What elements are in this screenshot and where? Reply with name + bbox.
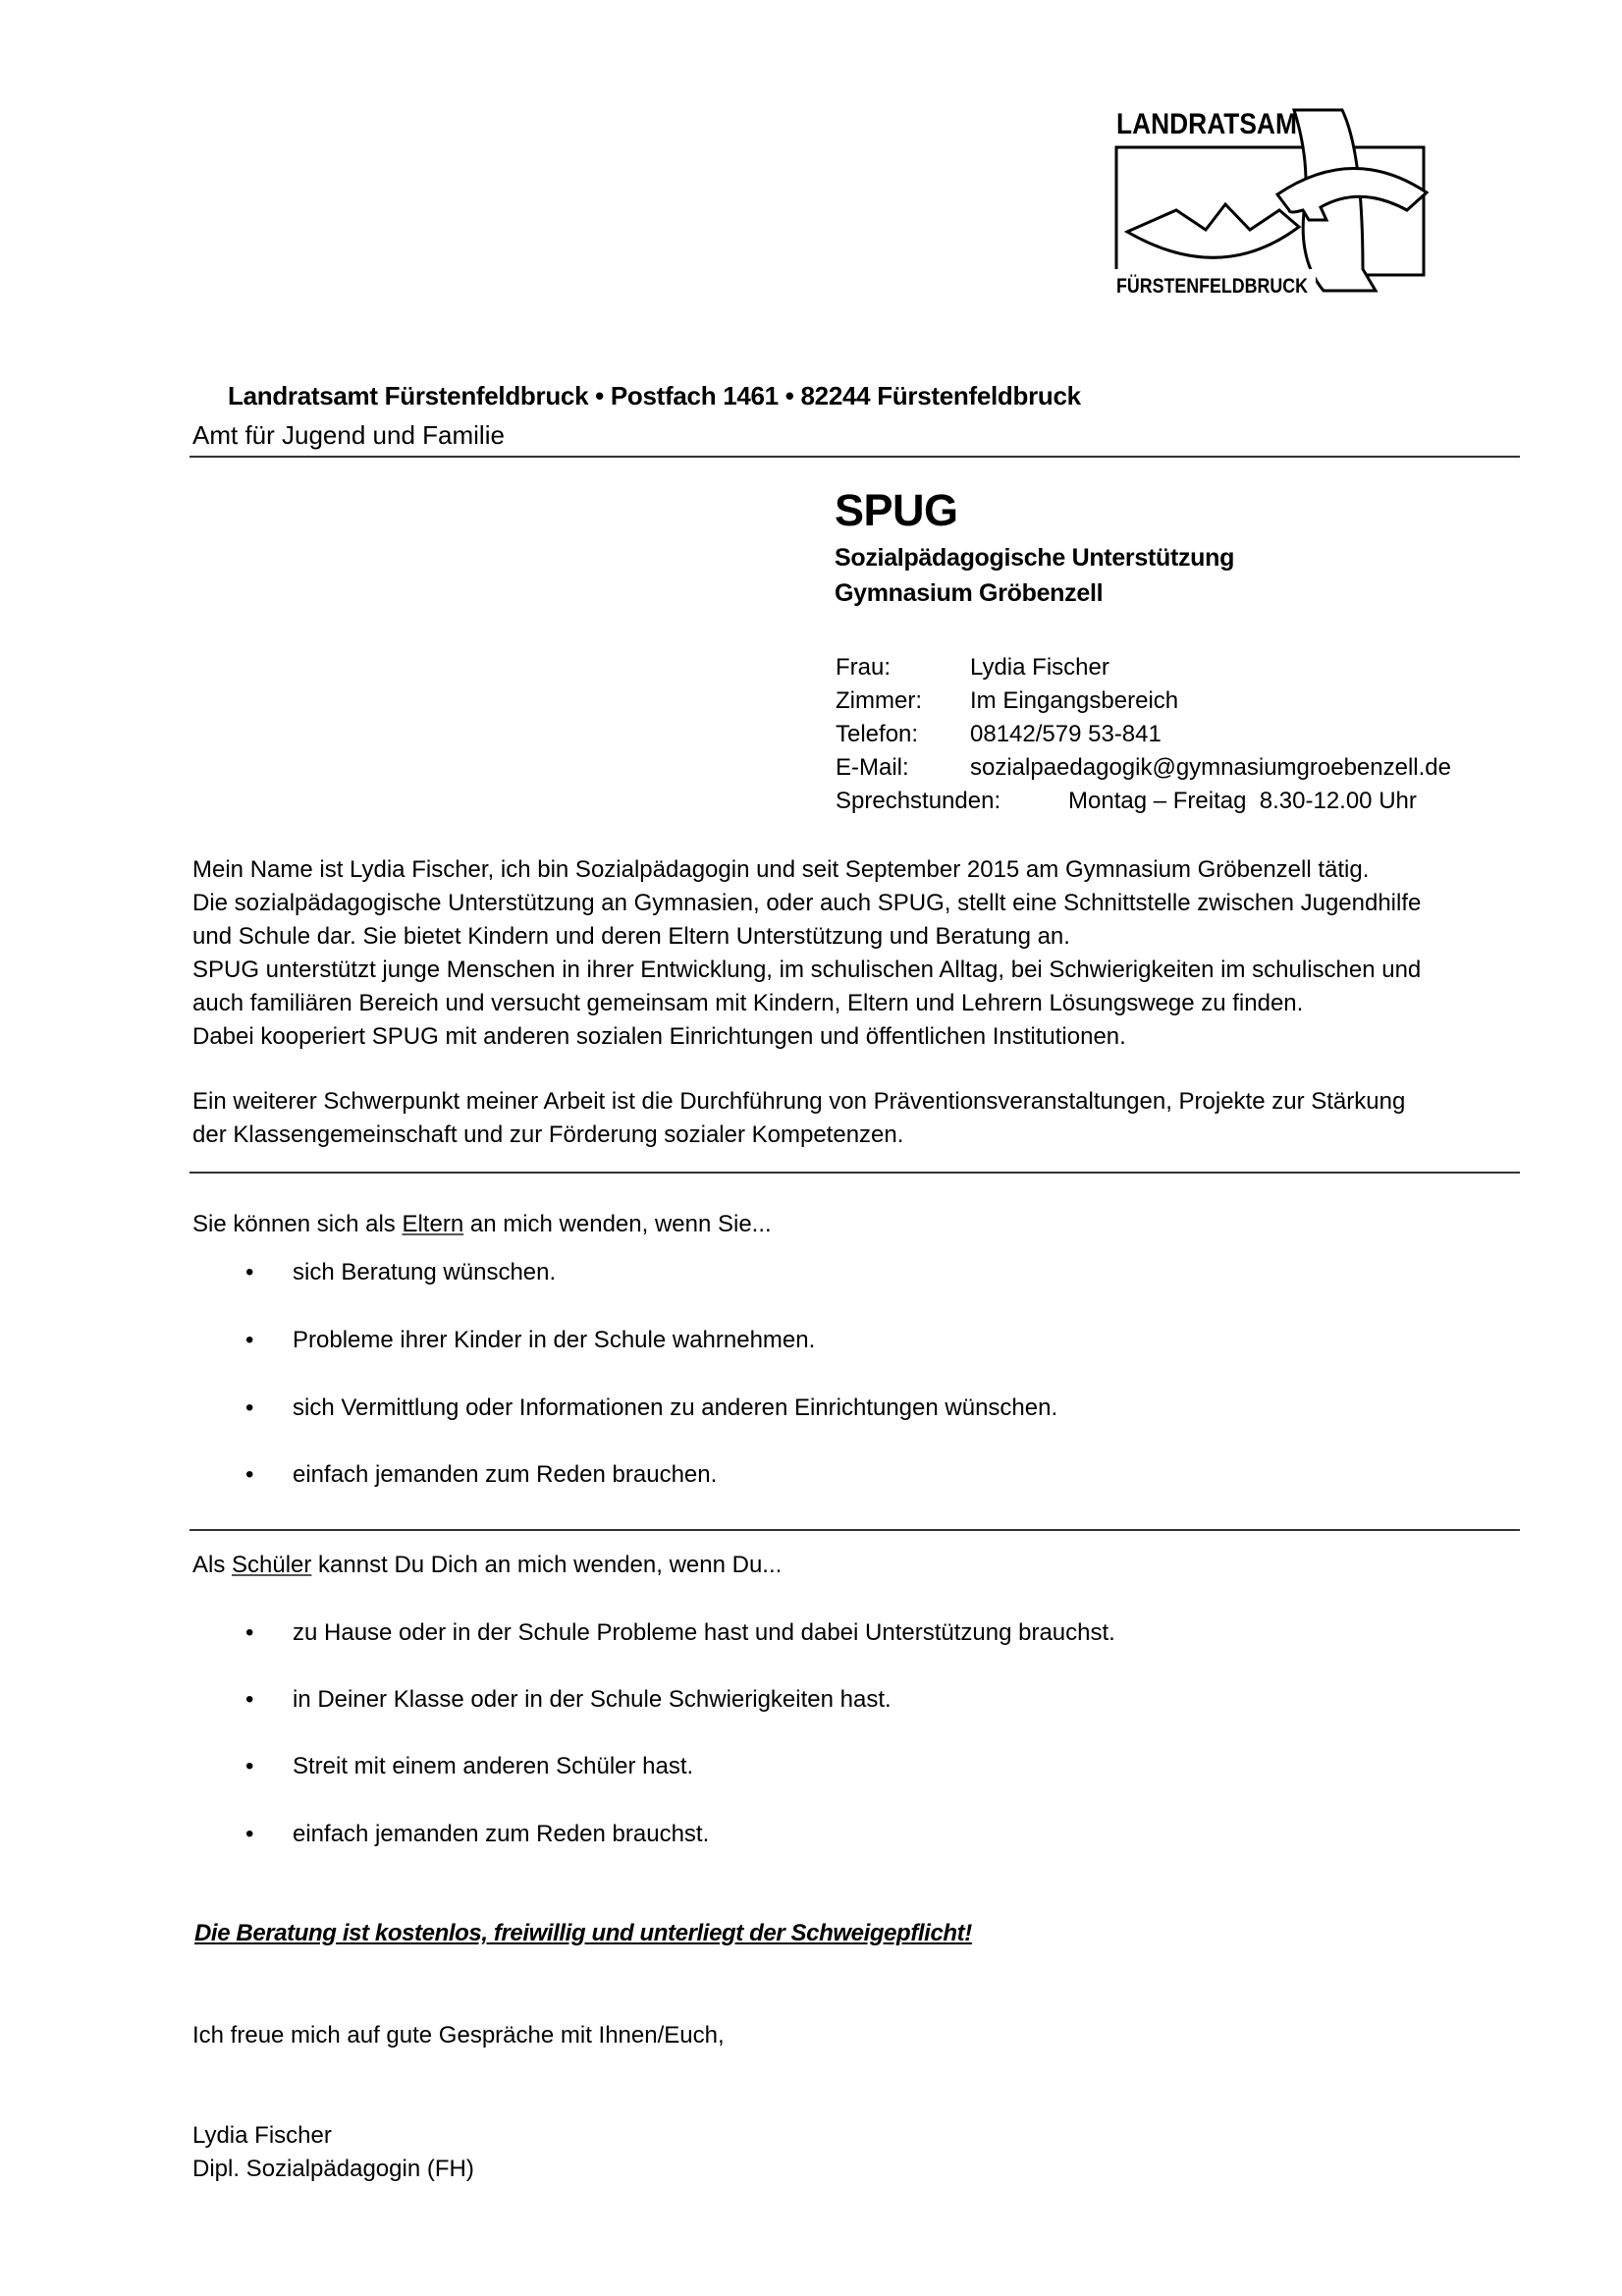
list-item: Probleme ihrer Kinder in der Schule wahr… — [293, 1324, 815, 1357]
service-title: SPUG — [835, 485, 958, 536]
divider — [189, 1172, 1520, 1174]
contact-label: Telefon: — [836, 718, 918, 751]
parents-emphasis: Eltern — [402, 1211, 463, 1237]
paragraph-line: SPUG unterstützt junge Menschen in ihrer… — [192, 954, 1528, 987]
paragraph-line: Die sozialpädagogische Unterstützung an … — [192, 887, 1528, 920]
list-item: sich Vermittlung oder Informationen zu a… — [293, 1392, 1057, 1425]
intro-text: Als — [192, 1552, 232, 1578]
signature-name: Lydia Fischer — [192, 2119, 1528, 2153]
list-item: in Deiner Klasse oder in der Schule Schw… — [293, 1683, 892, 1717]
intro-text: Sie können sich als — [192, 1211, 402, 1237]
department-name: Amt für Jugend und Familie — [192, 420, 505, 451]
list-item: Streit mit einem anderen Schüler hast. — [293, 1750, 693, 1783]
signature-title: Dipl. Sozialpädagogin (FH) — [192, 2153, 1528, 2186]
paragraph-line: Ein weiterer Schwerpunkt meiner Arbeit i… — [192, 1085, 1528, 1119]
contact-label: Sprechstunden: — [836, 785, 1000, 818]
list-item: sich Beratung wünschen. — [293, 1256, 556, 1289]
bullet-icon: • — [245, 1818, 253, 1851]
intro-text: kannst Du Dich an mich wenden, wenn Du..… — [311, 1552, 782, 1578]
bullet-icon: • — [245, 1750, 253, 1783]
list-item: einfach jemanden zum Reden brauchen. — [293, 1458, 717, 1492]
contact-email-link[interactable]: sozialpaedagogik@gymnasiumgroebenzell.de — [970, 751, 1451, 785]
bullet-icon: • — [245, 1324, 253, 1357]
list-item: zu Hause oder in der Schule Probleme has… — [293, 1616, 1115, 1650]
bullet-icon: • — [245, 1683, 253, 1717]
logo-top-text: LANDRATSAMT — [1116, 108, 1313, 140]
service-subtitle: Sozialpädagogische Unterstützung — [835, 544, 1234, 573]
paragraph-line: der Klassengemeinschaft und zur Förderun… — [192, 1119, 1528, 1152]
landratsamt-logo-icon: LANDRATSAMT FÜRSTENFELDBRUCK — [1112, 94, 1446, 301]
bullet-icon: • — [245, 1458, 253, 1492]
list-item: einfach jemanden zum Reden brauchst. — [293, 1818, 709, 1851]
students-emphasis: Schüler — [232, 1552, 311, 1578]
confidentiality-note: Die Beratung ist kostenlos, freiwillig u… — [194, 1920, 972, 1947]
contact-label: E-Mail: — [836, 751, 909, 785]
contact-phone[interactable]: 08142/579 53-841 — [970, 718, 1162, 751]
sender-address: Landratsamt Fürstenfeldbruck • Postfach … — [228, 381, 1081, 411]
paragraph-line: Dabei kooperiert SPUG mit anderen sozial… — [192, 1020, 1528, 1054]
divider — [189, 1529, 1520, 1531]
contact-label: Frau: — [836, 651, 891, 684]
bullet-icon: • — [245, 1256, 253, 1289]
closing-line: Ich freue mich auf gute Gespräche mit Ih… — [192, 2019, 1528, 2052]
office-hours: Montag – Freitag 8.30-12.00 Uhr — [1068, 785, 1417, 818]
landratsamt-logo: LANDRATSAMT FÜRSTENFELDBRUCK — [1112, 94, 1446, 301]
bullet-icon: • — [245, 1616, 253, 1650]
logo-bottom-text: FÜRSTENFELDBRUCK — [1116, 275, 1308, 298]
paragraph-line: und Schule dar. Sie bietet Kindern und d… — [192, 920, 1528, 954]
paragraph-line: auch familiären Bereich und versucht gem… — [192, 987, 1528, 1020]
contact-room: Im Eingangsbereich — [970, 684, 1178, 718]
divider — [189, 456, 1520, 458]
bullet-icon: • — [245, 1392, 253, 1425]
students-intro: Als Schüler kannst Du Dich an mich wende… — [192, 1549, 1528, 1582]
parents-intro: Sie können sich als Eltern an mich wende… — [192, 1208, 1528, 1241]
school-name: Gymnasium Gröbenzell — [835, 579, 1103, 608]
paragraph-line: Mein Name ist Lydia Fischer, ich bin Soz… — [192, 853, 1528, 887]
contact-label: Zimmer: — [836, 684, 922, 718]
contact-name: Lydia Fischer — [970, 651, 1109, 684]
intro-text: an mich wenden, wenn Sie... — [463, 1211, 772, 1237]
